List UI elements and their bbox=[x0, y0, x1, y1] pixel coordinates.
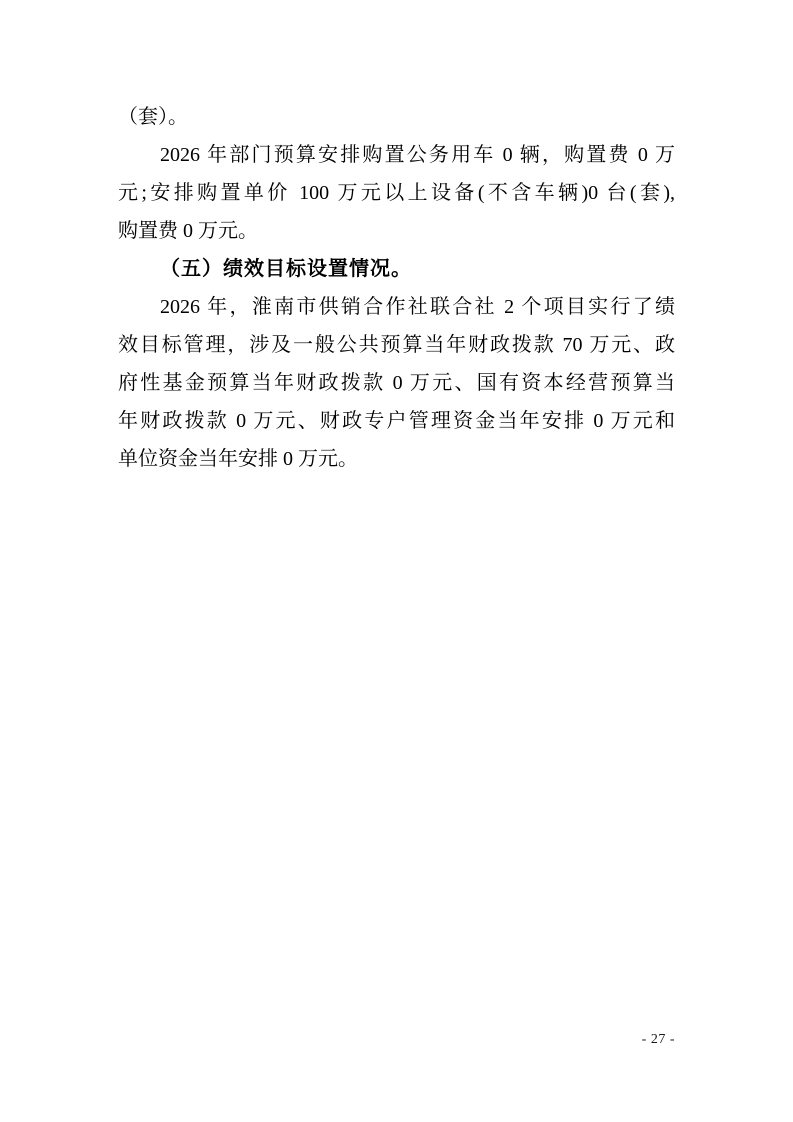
text-line: 单位资金当年安排 0 万元。 bbox=[118, 440, 675, 478]
text-line: 元;安排购置单价 100 万元以上设备(不含车辆)0 台(套), bbox=[118, 174, 675, 212]
text-line: （套）。 bbox=[118, 98, 675, 136]
text-line: 2026 年，淮南市供销合作社联合社 2 个项目实行了绩 bbox=[118, 288, 675, 326]
page-number: - 27 - bbox=[642, 1030, 675, 1050]
text-line: 年财政拨款 0 万元、财政专户管理资金当年安排 0 万元和 bbox=[118, 402, 675, 440]
document-page: （套）。 2026 年部门预算安排购置公务用车 0 辆，购置费 0 万 元;安排… bbox=[0, 0, 793, 1122]
text-line: 购置费 0 万元。 bbox=[118, 212, 675, 250]
text-line: 2026 年部门预算安排购置公务用车 0 辆，购置费 0 万 bbox=[118, 136, 675, 174]
text-line: 府性基金预算当年财政拨款 0 万元、国有资本经营预算当 bbox=[118, 364, 675, 402]
document-body: （套）。 2026 年部门预算安排购置公务用车 0 辆，购置费 0 万 元;安排… bbox=[118, 98, 675, 478]
section-heading: （五）绩效目标设置情况。 bbox=[118, 250, 675, 288]
text-line: 效目标管理，涉及一般公共预算当年财政拨款 70 万元、政 bbox=[118, 326, 675, 364]
